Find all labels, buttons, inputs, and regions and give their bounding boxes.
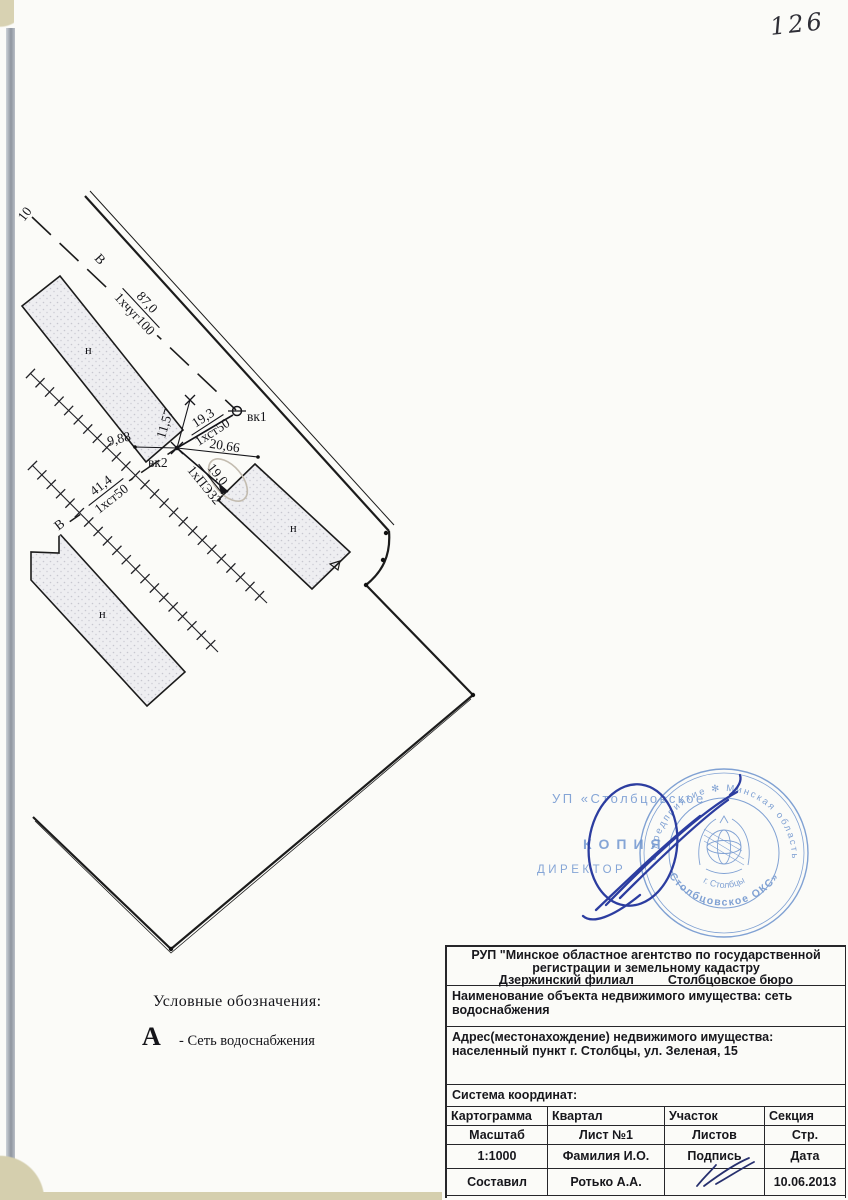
building-2: н — [31, 533, 185, 706]
water-main-letter: В — [88, 247, 113, 272]
cell-sostavil: Составил — [447, 1169, 547, 1195]
cell-masshtab: Масштаб — [447, 1126, 547, 1144]
address-line1: Адрес(местонахождение) недвижимого имуще… — [452, 1030, 840, 1044]
cell-compiler-signature — [664, 1169, 764, 1195]
address-line2: населенный пункт г. Столбцы, ул. Зеленая… — [452, 1044, 840, 1058]
scan-edge-strip — [6, 28, 15, 1185]
legend-symbol: А — [142, 1022, 161, 1052]
cell-compile-date: 10.06.2013 — [764, 1169, 845, 1195]
seal-emblem — [699, 816, 749, 874]
well-vk2-label: вк2 — [148, 455, 168, 470]
building-1-label: н — [85, 343, 92, 357]
grid-row-headers: Картограмма Квартал Участок Секция — [447, 1107, 845, 1126]
well-vk1-icon — [228, 407, 246, 416]
handwritten-page-number: 126 — [769, 7, 826, 41]
scan-bottom-strip — [0, 1192, 442, 1200]
water-line-letter: В — [47, 512, 72, 537]
title-block: РУП "Минское областное агентство по госу… — [445, 945, 846, 1198]
grid-row-compiler: Составил Ротько А.А. 10.06.2013 — [447, 1169, 845, 1196]
seal-city-text: г. Столбцы — [702, 875, 746, 890]
cell-kvartal: Квартал — [547, 1107, 664, 1125]
grid-row-scale-headers: Масштаб Лист №1 Листов Стр. — [447, 1126, 845, 1145]
address-row: Адрес(местонахождение) недвижимого имуще… — [447, 1027, 845, 1085]
cell-sekciya: Секция — [764, 1107, 845, 1125]
branch-name: Дзержинский филиал — [499, 974, 634, 987]
grid-row-scale-values: 1:1000 Фамилия И.О. Подпись Дата — [447, 1145, 845, 1169]
cell-data: Дата — [764, 1145, 845, 1168]
legend-item-water-network: - Сеть водоснабжения — [179, 1033, 315, 1050]
svg-text:г. Столбцы: г. Столбцы — [702, 875, 746, 890]
round-seal: ное предприятие ✻ Минская область ✻ Стол… — [636, 765, 812, 941]
legend-title: Условные обозначения: — [153, 993, 321, 1011]
well-vk1-label: вк1 — [247, 409, 267, 424]
cell-listov: Листов — [664, 1126, 764, 1144]
object-name-text: Наименование объекта недвижимого имущест… — [452, 989, 840, 1017]
building-2-label: н — [99, 607, 106, 621]
cell-scale-value: 1:1000 — [447, 1145, 547, 1168]
title-block-header: РУП "Минское областное агентство по госу… — [447, 947, 845, 986]
survey-cross-marker — [185, 395, 195, 405]
building-3-label: н — [290, 521, 297, 535]
stamp-director-word: ДИРЕКТОР — [537, 864, 626, 876]
cell-compiler-name: Ротько А.А. — [547, 1169, 664, 1195]
cell-podpis: Подпись — [664, 1145, 764, 1168]
scan-corner-bottom-left — [0, 1146, 52, 1200]
line-41m-fraction: 41,4 1хст50 — [76, 464, 135, 520]
svg-text:ное предприятие ✻ Минская обла: ное предприятие ✻ Минская область ✻ — [636, 765, 800, 861]
cell-str: Стр. — [764, 1126, 845, 1144]
boundary-corner-dots — [169, 531, 475, 951]
object-name-row: Наименование объекта недвижимого имущест… — [447, 986, 845, 1027]
cell-uchastok: Участок — [664, 1107, 764, 1125]
scanned-survey-page: { "page_number": "126", "map": { "labels… — [0, 0, 848, 1200]
scan-corner-top-left — [0, 0, 14, 48]
building-3: н — [218, 464, 350, 589]
coord-system-text: Система координат: — [452, 1088, 840, 1102]
corner-number-label: 10 — [15, 204, 35, 224]
cell-familia: Фамилия И.О. — [547, 1145, 664, 1168]
cell-kartogramma: Картограмма — [447, 1107, 547, 1125]
bureau-name: Столбцовское бюро — [668, 974, 793, 987]
tie-9-88-label: 9,88 — [106, 428, 133, 448]
cell-list: Лист №1 — [547, 1126, 664, 1144]
seal-arc-top-text: ное предприятие ✻ Минская область ✻ — [636, 765, 800, 861]
coord-system-row: Система координат: — [447, 1085, 845, 1107]
org-name-line1: РУП "Минское областное агентство по госу… — [447, 949, 845, 962]
org-name-line3: Дзержинский филиал Столбцовское бюро — [447, 974, 845, 987]
